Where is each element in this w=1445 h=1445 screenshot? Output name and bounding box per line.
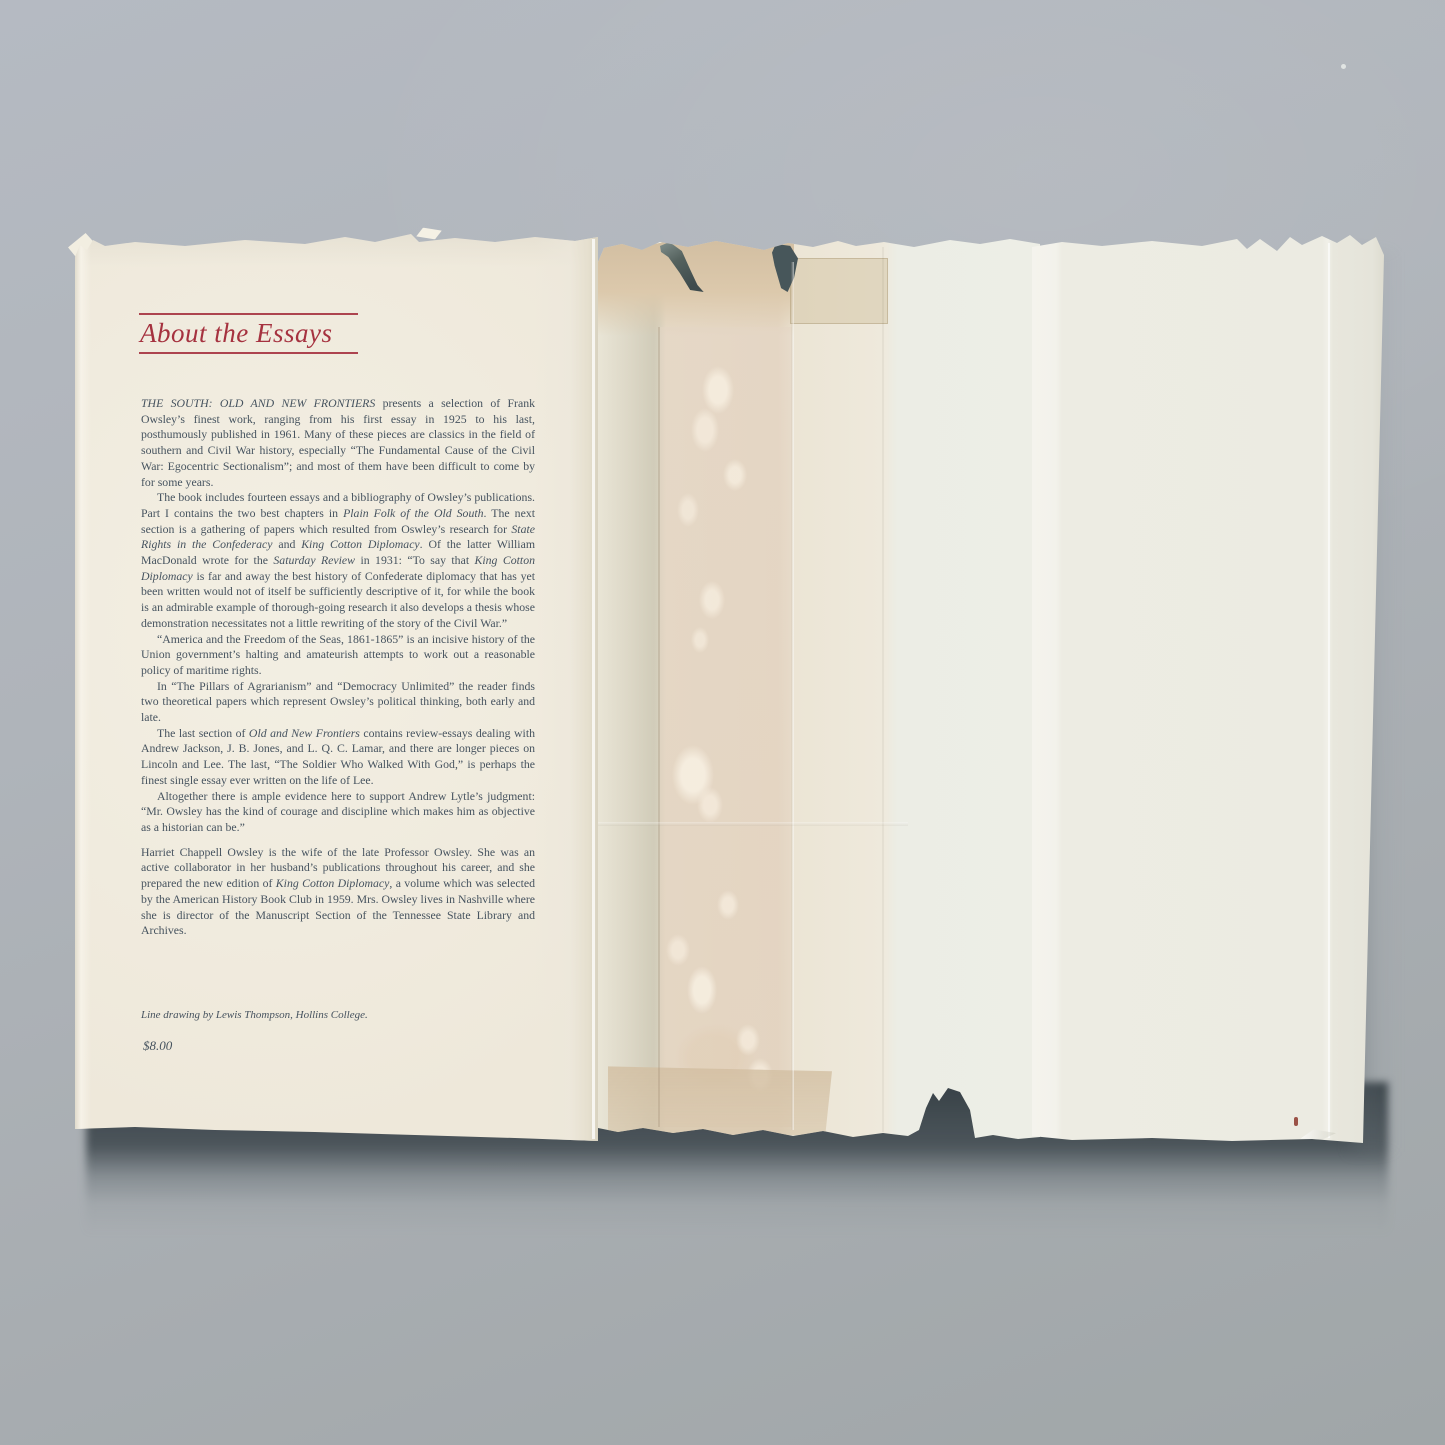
- horizontal-crease: [598, 822, 908, 826]
- flap-heading-block: About the Essays: [139, 313, 358, 354]
- flap-edge-wrinkle: [415, 225, 442, 241]
- fold-crease: [882, 247, 884, 1132]
- flap-paragraph: THE SOUTH: OLD AND NEW FRONTIERS present…: [141, 396, 535, 490]
- heading-rule-bottom: [139, 352, 358, 354]
- fold-crease: [791, 262, 794, 1130]
- tape-strip-bottom: [608, 1065, 832, 1135]
- jacket-inside-panel: [598, 232, 1040, 1145]
- torn-paper-fleck: [764, 238, 773, 245]
- front-flap: About the Essays THE SOUTH: OLD AND NEW …: [75, 233, 598, 1145]
- flap-paragraph: The book includes fourteen essays and a …: [141, 490, 535, 631]
- heading-rule-top: [139, 313, 358, 315]
- dust-speck: [1341, 64, 1346, 69]
- flap-paragraph: In “The Pillars of Agrarianism” and “Dem…: [141, 679, 535, 726]
- fold-crease: [658, 327, 660, 1127]
- fold-highlight: [592, 239, 595, 1139]
- flap-paragraph: The last section of Old and New Frontier…: [141, 726, 535, 789]
- water-stain-column: [660, 327, 792, 1127]
- jacket-back-flap-panel: [1032, 233, 1384, 1145]
- flap-paragraph: Altogether there is ample evidence here …: [141, 789, 535, 836]
- photo-scene: About the Essays THE SOUTH: OLD AND NEW …: [0, 0, 1445, 1445]
- flap-text: THE SOUTH: OLD AND NEW FRONTIERS present…: [141, 396, 535, 939]
- flap-heading: About the Essays: [140, 319, 358, 349]
- tape-strip-top: [790, 258, 888, 324]
- flap-paragraph: Harriet Chappell Owsley is the wife of t…: [141, 845, 535, 939]
- credit-line: Line drawing by Lewis Thompson, Hollins …: [141, 1009, 368, 1021]
- fold-crease: [1328, 243, 1330, 1138]
- flap-paragraph: “America and the Freedom of the Seas, 18…: [141, 632, 535, 679]
- price: $8.00: [143, 1038, 172, 1054]
- stain-speck: [1294, 1117, 1298, 1126]
